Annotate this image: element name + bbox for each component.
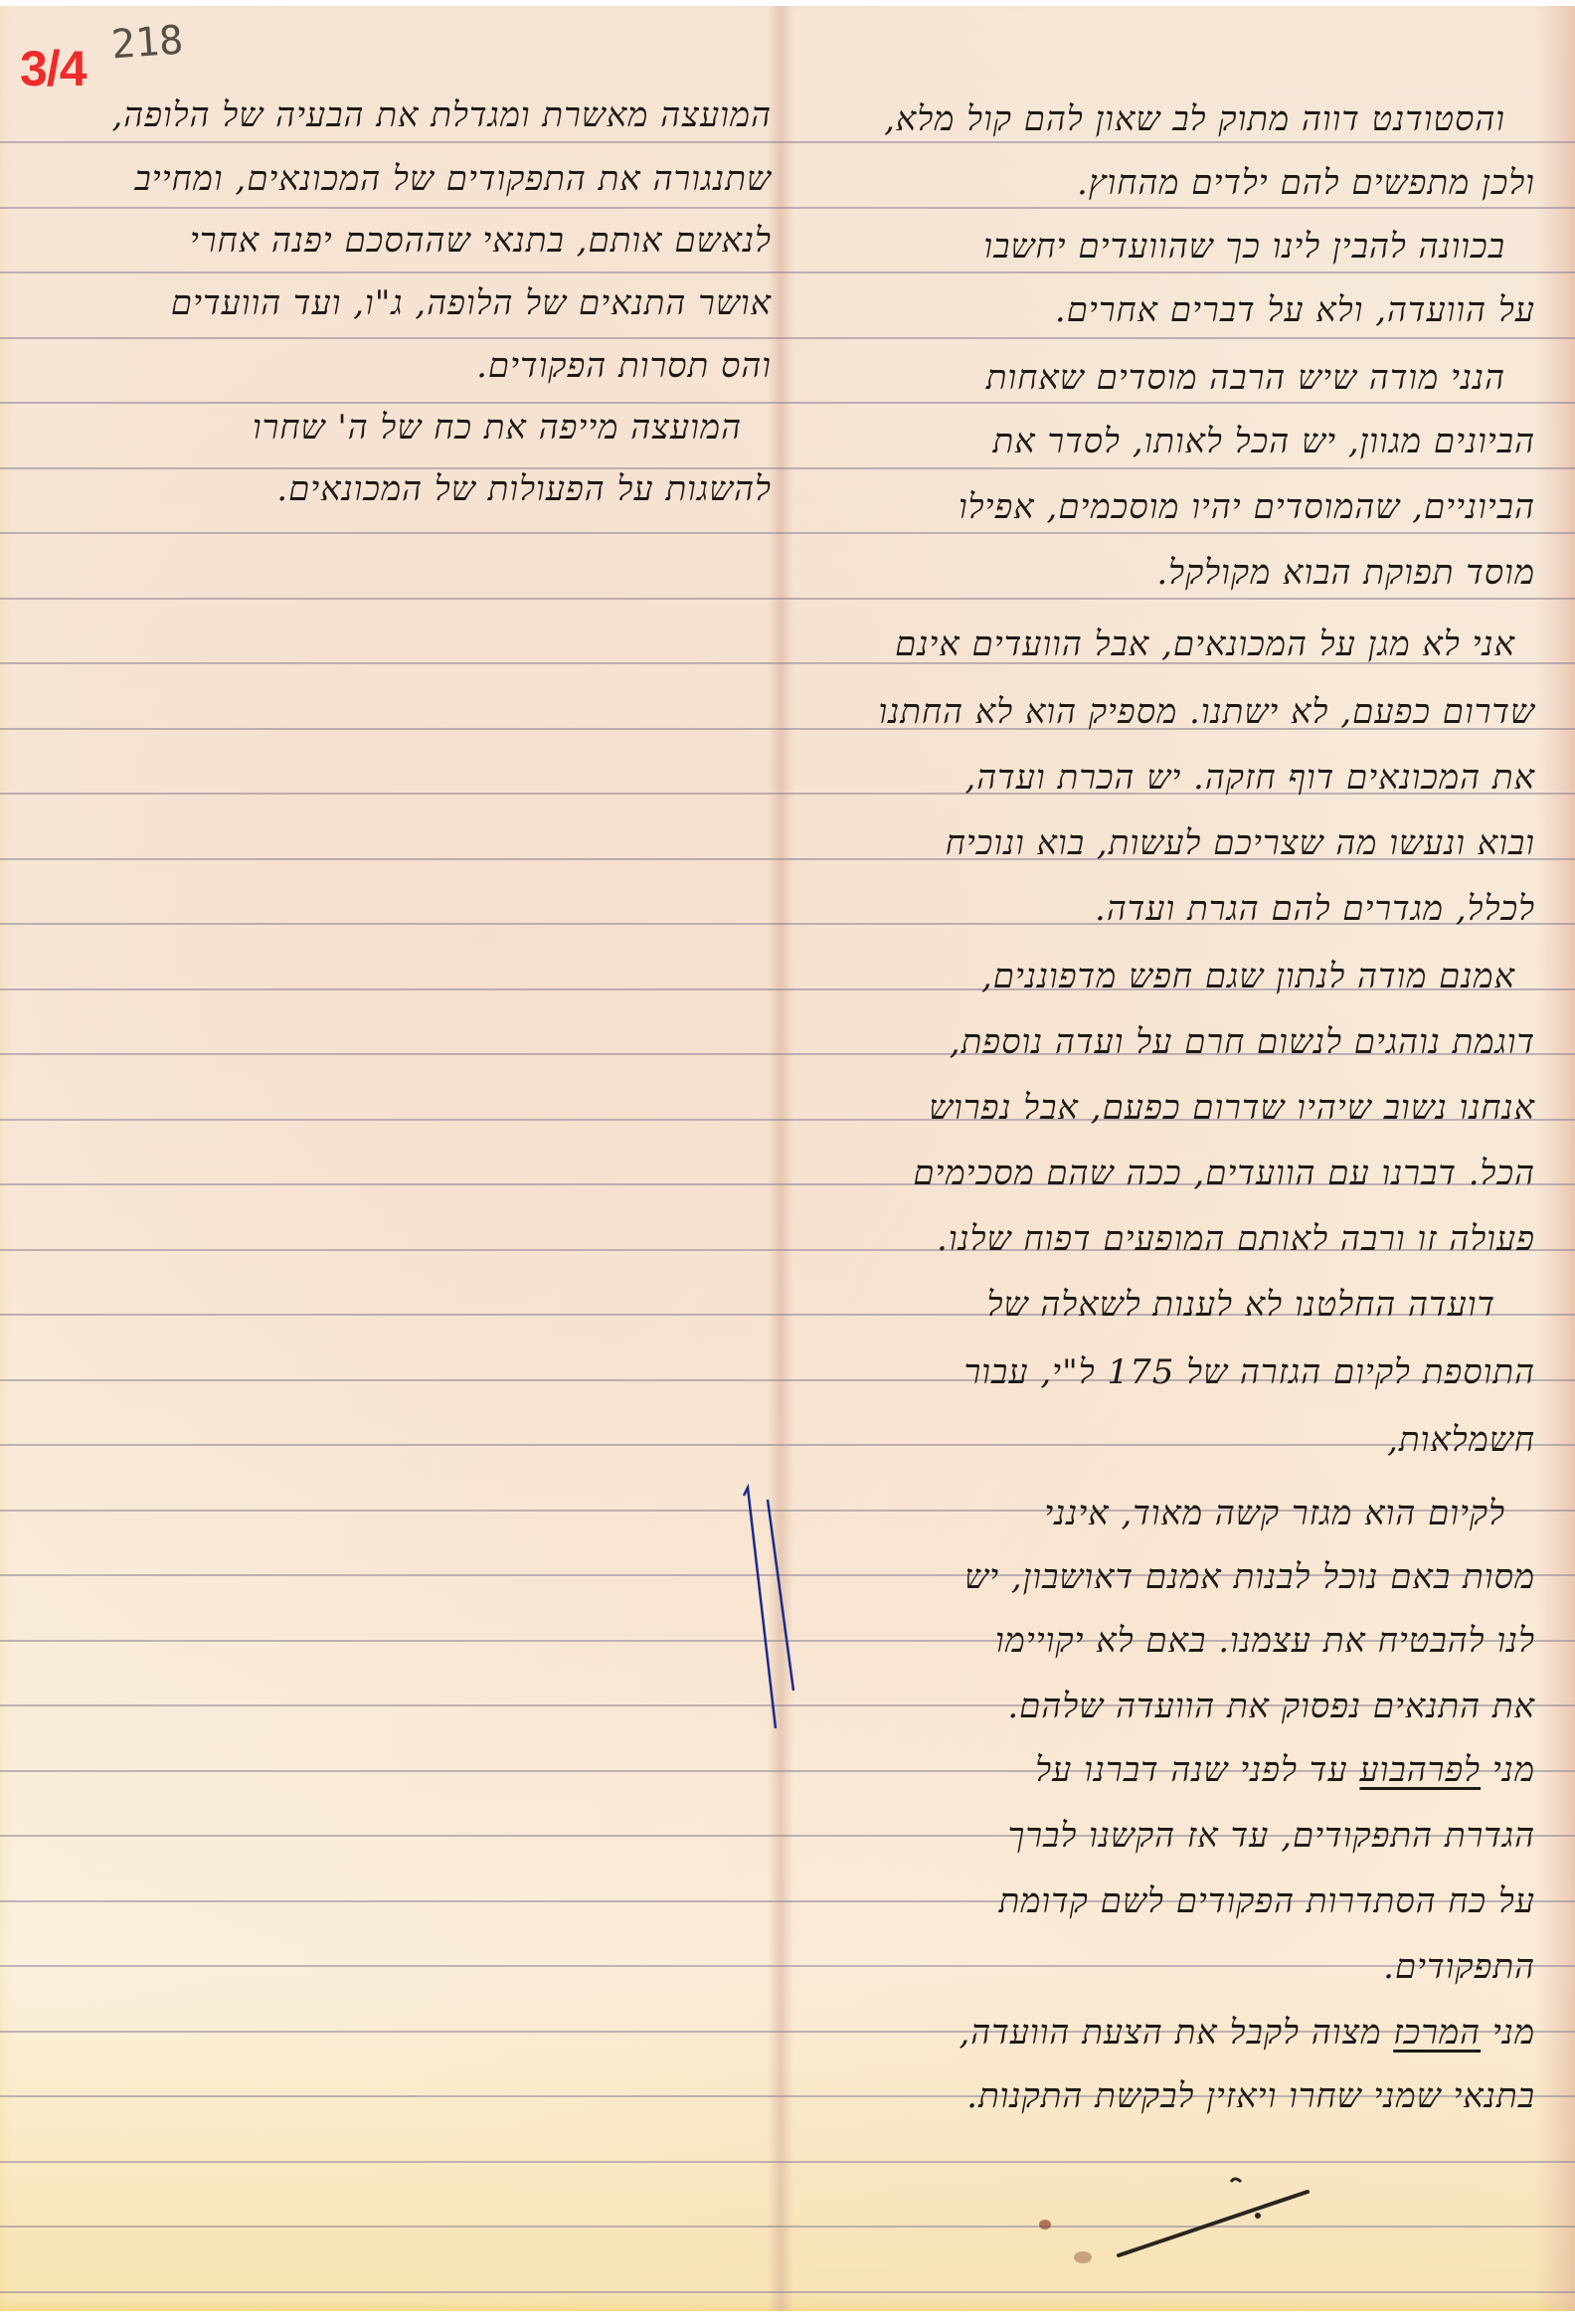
text-line: להשגות על הפעולות של המכונאים.	[276, 469, 772, 509]
text-line: דוגמת נוהגים לנשום חרם על ועדה נוספת,	[950, 1022, 1535, 1062]
text-line: לנו להבטיח את עצמנו. באם לא יקויימו	[995, 1621, 1535, 1661]
ruled-line	[0, 402, 1575, 404]
text-line: אנחנו נשוב שיהיו שדרום כפעם, אבל נפרוש	[929, 1088, 1535, 1128]
ink-stain	[1074, 2251, 1092, 2263]
text-line: ולכן מתפשים להם ילדים מהחוץ.	[1077, 163, 1535, 203]
text-line: שתנגורה את התפקודים של המכונאים, ומחייב	[134, 159, 772, 199]
text-line: את המכונאים דוף חזקה. יש הכרת ועדה,	[964, 758, 1535, 798]
text-line: מני לפרהבוע עד לפני שנה דברנו על	[1035, 1750, 1535, 1790]
page-number: 218	[109, 18, 184, 69]
ruled-line	[0, 2161, 1575, 2163]
underlined-phrase: לפרהבוע	[1359, 1750, 1481, 1790]
text-line: מסות באם נוכל לבנות אמנם דאושבון, יש	[964, 1557, 1535, 1597]
ruled-line	[0, 141, 1575, 143]
text-line: חשמלאות,	[1387, 1420, 1535, 1460]
ruled-line	[0, 207, 1575, 209]
text-line: פעולה זו ורבה לאותם המופעים דפוח שלנו.	[937, 1219, 1535, 1259]
text-line: הביוניים, שהמוסדים יהיו מוסכמים, אפילו	[959, 487, 1535, 527]
underlined-phrase: המרכז	[1393, 2013, 1481, 2053]
text-line: הביונים מגוון, יש הכל לאותו, לסדר את	[992, 422, 1535, 461]
text-line: ובוא ונעשו מה שצריכם לעשות, בוא ונוכיח	[946, 823, 1535, 863]
text-line: התפקודים.	[1383, 1947, 1535, 1987]
text-line: לקיום הוא מגזר קשה מאוד, אינני	[1044, 1494, 1505, 1533]
ruled-line	[0, 2291, 1575, 2293]
ruled-line	[0, 532, 1575, 534]
ruled-line	[0, 271, 1575, 273]
ruled-line	[0, 467, 1575, 469]
text-line: אושר התנאים של הלופה, ג"ו, ועד הוועדים	[171, 283, 772, 323]
text-line: מוסד תפוקת הבוא מקולקל.	[1156, 553, 1535, 593]
page-label: 3/4	[20, 40, 87, 97]
text-line: הכל. דברנו עם הוועדים, ככה שהם מסכימים	[913, 1154, 1535, 1193]
ruled-line	[0, 337, 1575, 339]
text-line: את התנאים נפסוק את הוועדה שלהם.	[1007, 1687, 1535, 1726]
text-line: אני לא מגן על המכונאים, אבל הוועדים אינם	[895, 625, 1515, 664]
text-line: בתנאי שמני שחרו ויאזין לבקשת התקנות.	[966, 2076, 1535, 2116]
text-line: לנאשם אותם, בתנאי שההסכם יפנה אחרי	[190, 221, 772, 261]
text-line: אמנם מודה לנתון שגם חפש מדפוננים,	[981, 957, 1515, 996]
ruled-line	[0, 1965, 1575, 1967]
text-line: התוספת לקיום הגזרה של 175 ל"י, עבור	[964, 1352, 1535, 1392]
text-line: והסטודנט דווה מתוק לב שאון להם קול מלא,	[884, 99, 1505, 139]
signature-mark-icon	[1104, 2168, 1332, 2267]
text-line: הגדרת התפקודים, עד אז הקשנו לברך	[1008, 1816, 1535, 1856]
ruled-line	[0, 2226, 1575, 2228]
text-line: דועדה החלטנו לא לענות לשאלה של	[987, 1285, 1495, 1325]
text-line: הנני מודה שיש הרבה מוסדים שאחות	[986, 358, 1505, 398]
text-line: על הוועדה, ולא על דברים אחרים.	[1055, 290, 1535, 330]
text-line: על כח הסתדרות הפקודים לשם קדומת	[999, 1881, 1535, 1921]
ruled-line	[0, 1444, 1575, 1446]
text-line: והס תסרות הפקודים.	[476, 346, 772, 386]
ruled-line	[0, 598, 1575, 600]
text-line: שדרום כפעם, לא ישתנו. מספיק הוא לא החתנו	[879, 692, 1535, 732]
blue-margin-mark-icon	[736, 1482, 825, 1740]
text-line: מני המרכז מצוה לקבל את הצעת הוועדה,	[959, 2013, 1535, 2053]
ink-stain	[1039, 2220, 1051, 2230]
text-line: המועצה מאשרת ומגדלת את הבעיה של הלופה,	[112, 95, 773, 135]
text-line: לכלל, מגדרים להם הגרת ועדה.	[1095, 889, 1535, 929]
text-line: בכוונה להבין לינו כך שהוועדים יחשבו	[983, 227, 1505, 267]
text-line: המועצה מייפה את כח של ה' שחרו	[253, 408, 742, 447]
